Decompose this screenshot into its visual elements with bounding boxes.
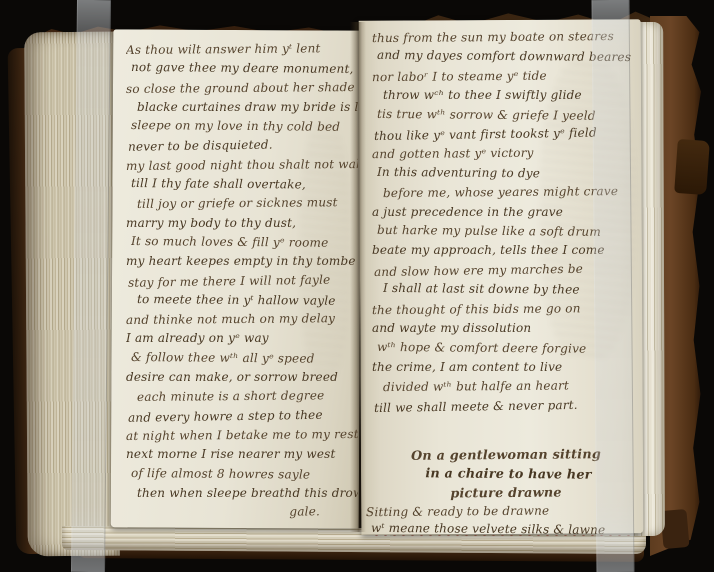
manuscript-line: to meete thee in yᵗ hallow vayle bbox=[137, 290, 358, 311]
manuscript-line: blacke curtaines draw my bride is layde bbox=[137, 98, 358, 117]
manuscript-line: then when sleepe breathd this drowsy bbox=[137, 484, 358, 503]
manuscript-line: so close the ground about her shade bbox=[126, 78, 358, 99]
manuscript-line: and thinke not much on my delay bbox=[126, 309, 358, 330]
manuscript-line: gale. bbox=[126, 502, 358, 523]
manuscript-line: of life almost 8 howres sayle bbox=[131, 464, 358, 485]
manuscript-line: As thou wilt answer him yᵗ lent bbox=[126, 39, 358, 60]
clasp-remnant-upper bbox=[674, 139, 710, 195]
manuscript-line: my last good night thou shalt not wake bbox=[126, 155, 358, 176]
manuscript-line: marry my body to thy dust, bbox=[126, 214, 358, 233]
manuscript-line: at night when I betake me to my rest bbox=[126, 425, 358, 446]
left-page-text: As thou wilt answer him yᵗ lentnot gave … bbox=[126, 40, 358, 522]
manuscript-line: I am already on yᵉ way bbox=[126, 329, 358, 348]
manuscript-line: next morne I rise nearer my west bbox=[126, 445, 358, 464]
manuscript-photograph: As thou wilt answer him yᵗ lentnot gave … bbox=[0, 0, 714, 572]
manuscript-line: never to be disquieted. bbox=[128, 135, 358, 158]
manuscript-line: not gave thee my deare monument, bbox=[131, 58, 358, 79]
poem-title: On a gentlewoman sittingin a chaire to h… bbox=[386, 446, 626, 503]
manuscript-line: stay for me there I will not fayle bbox=[128, 270, 358, 293]
manuscript-line: & follow thee wᵗʰ all yᵉ speed bbox=[131, 348, 358, 369]
conservation-strap-right bbox=[592, 0, 635, 572]
conservation-strap-left bbox=[71, 0, 111, 572]
poem-title-line: in a chaire to have her bbox=[391, 464, 626, 485]
manuscript-line: till joy or griefe or sicknes must bbox=[137, 193, 358, 214]
manuscript-line: till I thy fate shall overtake, bbox=[131, 174, 358, 195]
poem-title-line: On a gentlewoman sitting bbox=[386, 445, 626, 466]
manuscript-line: my heart keepes empty in thy tombe bbox=[126, 252, 358, 271]
manuscript-line: each minute is a short degree bbox=[137, 386, 358, 407]
manuscript-line: It so much loves & fill yᵉ roome bbox=[131, 232, 358, 253]
manuscript-line: desire can make, or sorrow breed bbox=[126, 368, 358, 387]
